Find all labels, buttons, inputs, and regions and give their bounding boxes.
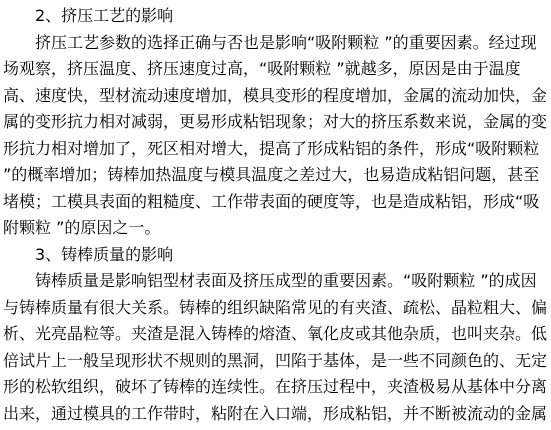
section-heading-billet-quality: 3、铸棒质量的影响 [3,242,548,269]
paragraph-billet-quality-effects: 铸棒质量是影响铝型材表面及挤压成型的重要因素。“吸附颗粒 ”的成因与铸棒质量有很… [3,268,548,427]
paragraph-extrusion-process-effects: 挤压工艺参数的选择正确与否也是影响“吸附颗粒 ”的重要因素。经过现场观察，挤压温… [3,30,548,242]
section-heading-extrusion-process: 2、挤压工艺的影响 [3,3,548,30]
document-page: 2、挤压工艺的影响 挤压工艺参数的选择正确与否也是影响“吸附颗粒 ”的重要因素。… [0,0,551,430]
